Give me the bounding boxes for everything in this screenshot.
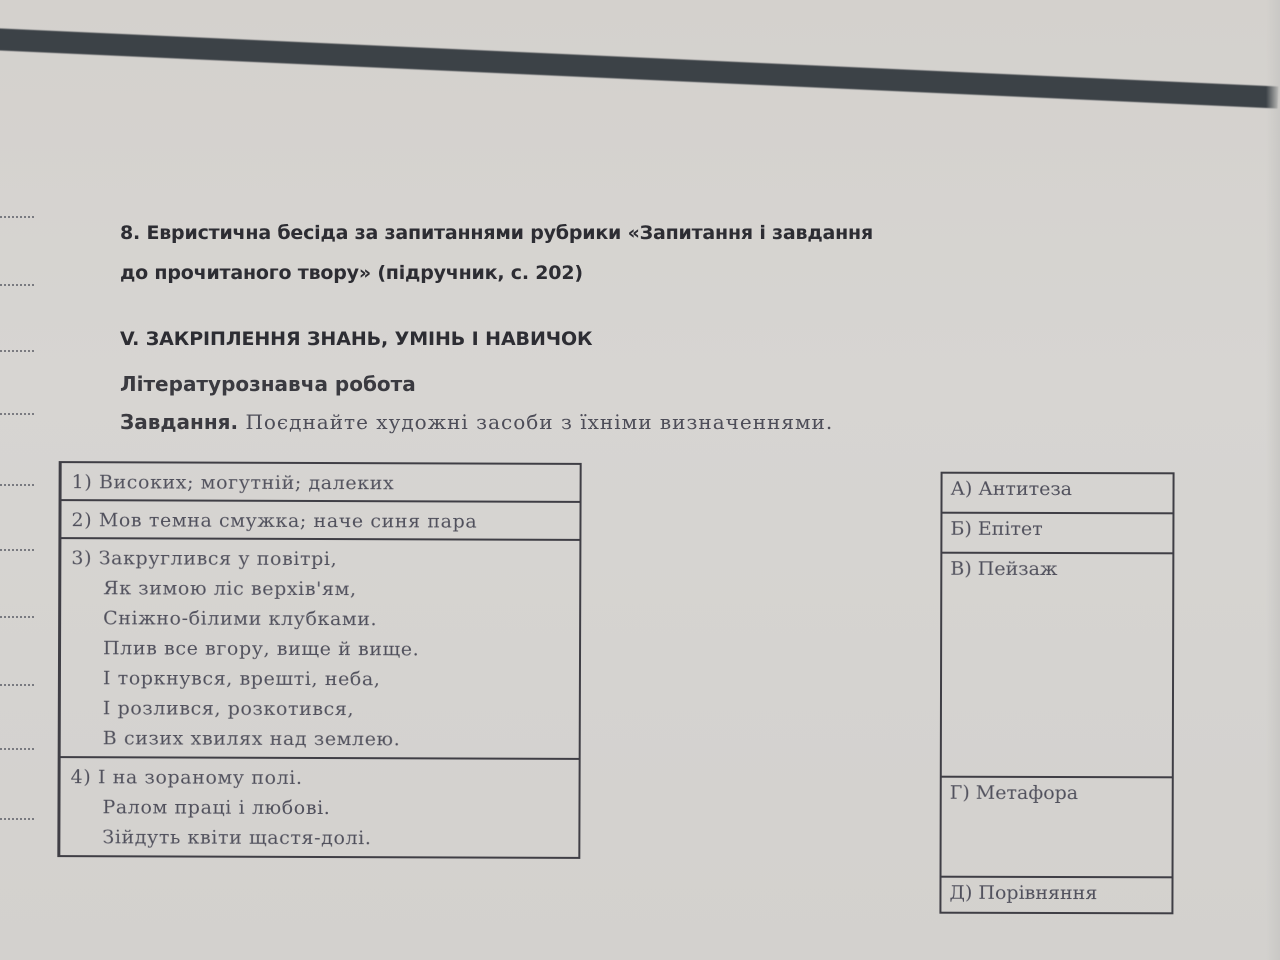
margin-dotted-line <box>0 818 34 820</box>
example-line: В сизих хвилях над землею. <box>71 723 569 755</box>
example-cell-2: 2) Мов темна смужка; наче синя пара <box>61 501 579 541</box>
example-line: Зійдуть квіти щастя-долі. <box>70 822 568 854</box>
example-line: І розлився, розкотився, <box>71 693 569 725</box>
item-8-heading-line-2: до прочитаного твору» (підручник, с. 202… <box>120 262 583 284</box>
example-cell-3: 3) Закруглився у повітрі, Як зимою ліс в… <box>61 539 580 760</box>
example-line: 2) Мов темна смужка; наче синя пара <box>71 503 569 539</box>
term-antithesis: А) Антитеза <box>942 474 1172 515</box>
margin-dotted-line <box>0 216 34 218</box>
margin-dotted-line <box>0 748 34 750</box>
example-line: Як зимою ліс верхів'ям, <box>71 573 569 605</box>
page-right-edge <box>1266 0 1280 960</box>
example-line: 4) І на зораному полі. <box>71 762 569 794</box>
example-line: І торкнувся, врешті, неба, <box>71 663 569 695</box>
margin-dotted-line <box>0 284 34 286</box>
example-line: Плив все вгору, вище й вище. <box>71 633 569 665</box>
term-landscape: В) Пейзаж <box>942 554 1173 779</box>
example-line: Сніжно-білими клубками. <box>71 603 569 635</box>
example-cell-4: 4) І на зораному полі. Ралом праці і люб… <box>60 758 578 857</box>
margin-dotted-line <box>0 413 34 415</box>
example-cell-1: 1) Високих; могутній; далеких <box>62 463 580 503</box>
example-line: Ралом праці і любові. <box>70 792 568 824</box>
terms-table: А) Антитеза Б) Епітет В) Пейзаж Г) Метаф… <box>939 472 1174 915</box>
example-line: 3) Закруглився у повітрі, <box>71 543 569 575</box>
example-line: 1) Високих; могутній; далеких <box>72 465 570 501</box>
monitor-window-top-bar <box>0 28 1279 108</box>
margin-dotted-line <box>0 484 34 486</box>
margin-dotted-line <box>0 684 34 686</box>
term-comparison: Д) Порівняння <box>941 878 1171 913</box>
section-title: V. ЗАКРІПЛЕННЯ ЗНАНЬ, УМІНЬ І НАВИЧОК <box>120 328 592 350</box>
margin-dotted-line <box>0 350 34 352</box>
margin-dotted-line <box>0 549 34 551</box>
term-epithet: Б) Епітет <box>942 514 1172 555</box>
task-text: Поєднайте художні засоби з їхніми визнач… <box>238 410 833 434</box>
item-8-heading-line-1: 8. Евристична бесіда за запитаннями рубр… <box>120 222 873 244</box>
task-label: Завдання. <box>120 410 238 434</box>
examples-table: 1) Високих; могутній; далеких 2) Мов тем… <box>57 461 581 859</box>
task-instruction: Завдання. Поєднайте художні засоби з їхн… <box>120 410 833 434</box>
margin-dotted-line <box>0 616 34 618</box>
subsection-title: Літературознавча робота <box>120 372 416 396</box>
term-metaphor: Г) Метафора <box>942 778 1172 879</box>
